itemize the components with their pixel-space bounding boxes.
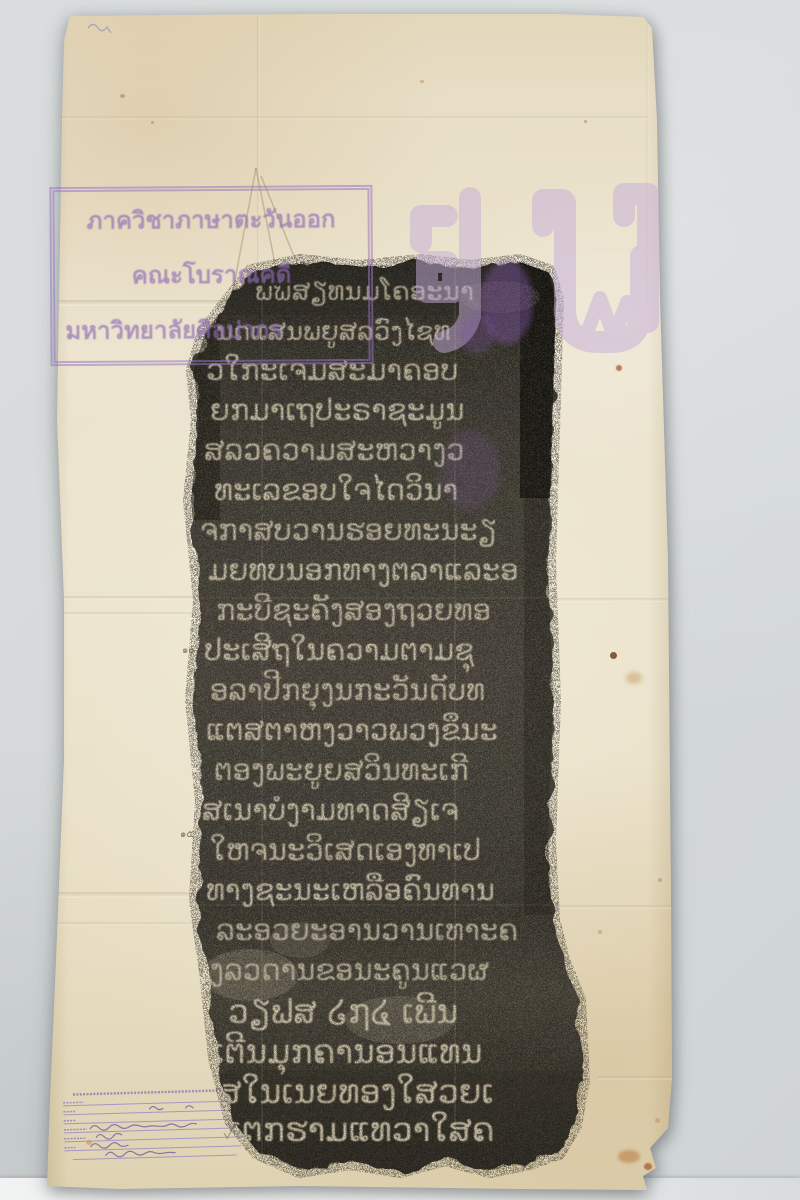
foxing-spot [658, 878, 662, 882]
department-stamp: ภาควิชาภาษาตะวันออก คณะโบราณคดี มหาวิทยา… [49, 185, 373, 366]
fold-crease [48, 116, 648, 120]
foxing-spot [420, 80, 424, 83]
photograph: ๑๐ ๑๕ [0, 0, 800, 1200]
fold-crease-vertical [646, 18, 649, 308]
foxing-spot [616, 365, 622, 371]
foxing-spot [610, 652, 617, 659]
stamp-line-1: ภาควิชาภาษาตะวันออก [59, 206, 364, 235]
foxing-spot [644, 1163, 652, 1170]
foxing-spot [618, 1150, 640, 1163]
inscription-rubbing: ພຆສຽທນມໂຄອະນາ ນດແສນພຍູສລວົງໄຊທ ວໃກະເຈມສະ… [170, 235, 600, 1180]
stamp-line-3: มหาวิทยาลัยศิลปากร [59, 316, 364, 345]
handwritten-corner-mark [88, 25, 111, 34]
rubbing-overspeckle [170, 235, 600, 1180]
foxing-spot [151, 121, 154, 124]
foxing-spot [584, 120, 587, 123]
fold-crease [598, 1076, 673, 1080]
foxing-spot [120, 94, 125, 98]
foxing-spot [655, 1118, 660, 1123]
foxing-spot [86, 1140, 92, 1145]
stamp-line-2: คณะโบราณคดี [59, 261, 364, 290]
foxing-spot [626, 672, 642, 684]
